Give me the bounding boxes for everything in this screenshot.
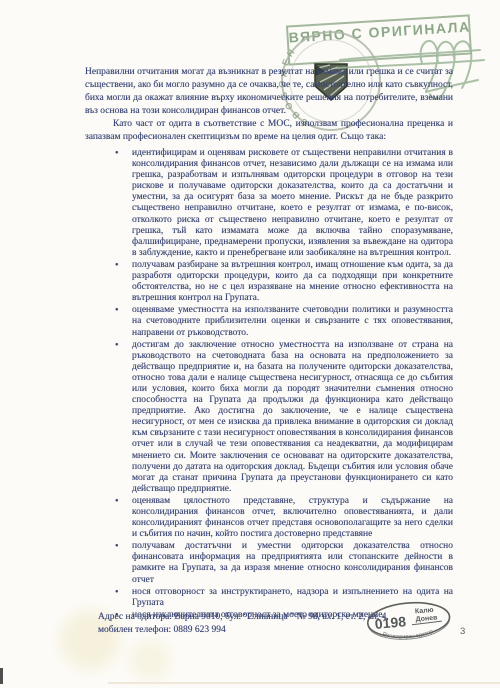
page-number: 3	[460, 626, 465, 637]
list-item: • получавам разбиране за вътрешния контр…	[85, 260, 453, 304]
bullet-icon: •	[115, 587, 119, 598]
list-item: • идентифицирам и оценявам рисковете от …	[85, 148, 453, 259]
paragraph-misstatements: Неправилни отчитания могат да възникнат …	[85, 66, 453, 118]
auditor-number: 0198	[374, 613, 407, 632]
bullet-icon: •	[115, 541, 119, 552]
bullet-icon: •	[115, 340, 119, 351]
list-item: • оценяваме уместността на използваните …	[85, 305, 453, 338]
paragraph-audit-intro: Като част от одита в съответствие с МОС,…	[85, 118, 453, 144]
bullet-icon: •	[115, 305, 119, 316]
scanned-audit-report-page: ВЯРНО С ОРИГИНАЛА СВОБОДЕН Н	[0, 0, 500, 688]
audit-responsibilities-list: • идентифицирам и оценявам рисковете от …	[85, 148, 453, 621]
list-item-text: достигам до заключение относно уместност…	[132, 340, 453, 494]
list-item-text: оценявам цялостното представяне, структу…	[132, 496, 453, 539]
list-item: • оценявам цялостното представяне, струк…	[85, 496, 453, 540]
list-item: • достигам до заключение относно уместно…	[85, 340, 453, 495]
bullet-icon: •	[115, 148, 119, 159]
report-body-text: Неправилни отчитания могат да възникнат …	[85, 66, 453, 622]
bullet-icon: •	[115, 260, 119, 271]
list-item-text: получавам достатъчни и уместни одиторски…	[132, 541, 453, 584]
list-item-text: оценяваме уместността на използваните сч…	[132, 305, 453, 337]
bullet-icon: •	[115, 496, 119, 507]
list-item-text: идентифицирам и оценявам рисковете от съ…	[132, 148, 453, 258]
list-item: • получавам достатъчни и уместни одиторс…	[85, 541, 453, 585]
list-item-text: получавам разбиране за вътрешния контрол…	[132, 260, 453, 303]
scan-bottom-edge	[108, 682, 500, 684]
registered-auditor-stamp: 0198 Калю Донев Регистриран одитор	[364, 596, 454, 651]
scan-edge-artifact	[0, 668, 3, 684]
